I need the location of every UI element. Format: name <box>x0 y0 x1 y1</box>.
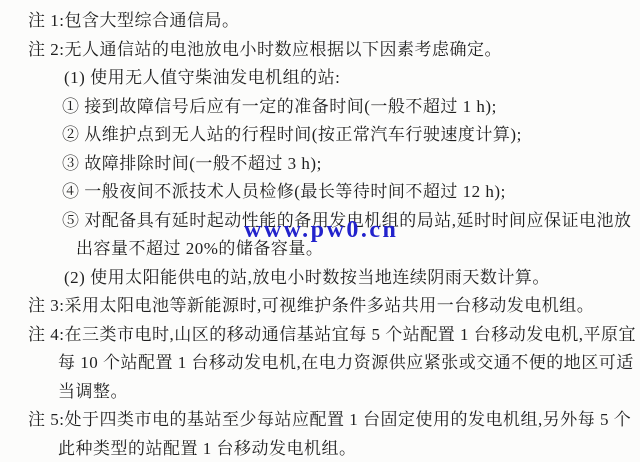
note-5-line: 注 5:处于四类市电的基站至少每站应配置 1 台固定使用的发电机组,另外每 5 … <box>28 406 640 435</box>
note-4-line: 注 4:在三类市电时,山区的移动通信基站宜每 5 个站配置 1 台移动发电机,平… <box>28 321 640 350</box>
watermark-url-text: www.pw0.cn <box>244 217 398 243</box>
list-item-4-line: ④ 一般夜间不派技术人员检修(最长等待时间不超过 12 h); <box>62 178 640 207</box>
list-item-3-line: ③ 故障排除时间(一般不超过 3 h); <box>62 150 640 179</box>
note-4-continuation-1: 每 10 个站配置 1 台移动发电机,在电力资源供应紧张或交通不便的地区可适 <box>58 349 640 378</box>
note-5-continuation: 此种类型的站配置 1 台移动发电机组。 <box>58 435 640 462</box>
scanned-document-page: 注 1:包含大型综合通信局。 注 2:无人通信站的电池放电小时数应根据以下因素考… <box>0 0 640 462</box>
note-4-continuation-2: 当调整。 <box>58 378 640 407</box>
note-2-line: 注 2:无人通信站的电池放电小时数应根据以下因素考虑确定。 <box>28 36 640 65</box>
sub-item-2-line: (2) 使用太阳能供电的站,放电小时数按当地连续阴雨天数计算。 <box>64 264 640 293</box>
list-item-1-line: ① 接到故障信号后应有一定的准备时间(一般不超过 1 h); <box>62 93 640 122</box>
list-item-2-line: ② 从维护点到无人站的行程时间(按正常汽车行驶速度计算); <box>62 121 640 150</box>
sub-item-1-line: (1) 使用无人值守柴油发电机组的站: <box>64 64 640 93</box>
note-3-line: 注 3:采用太阳电池等新能源时,可视维护条件多站共用一台移动发电机组。 <box>28 292 640 321</box>
note-1-line: 注 1:包含大型综合通信局。 <box>28 7 640 36</box>
